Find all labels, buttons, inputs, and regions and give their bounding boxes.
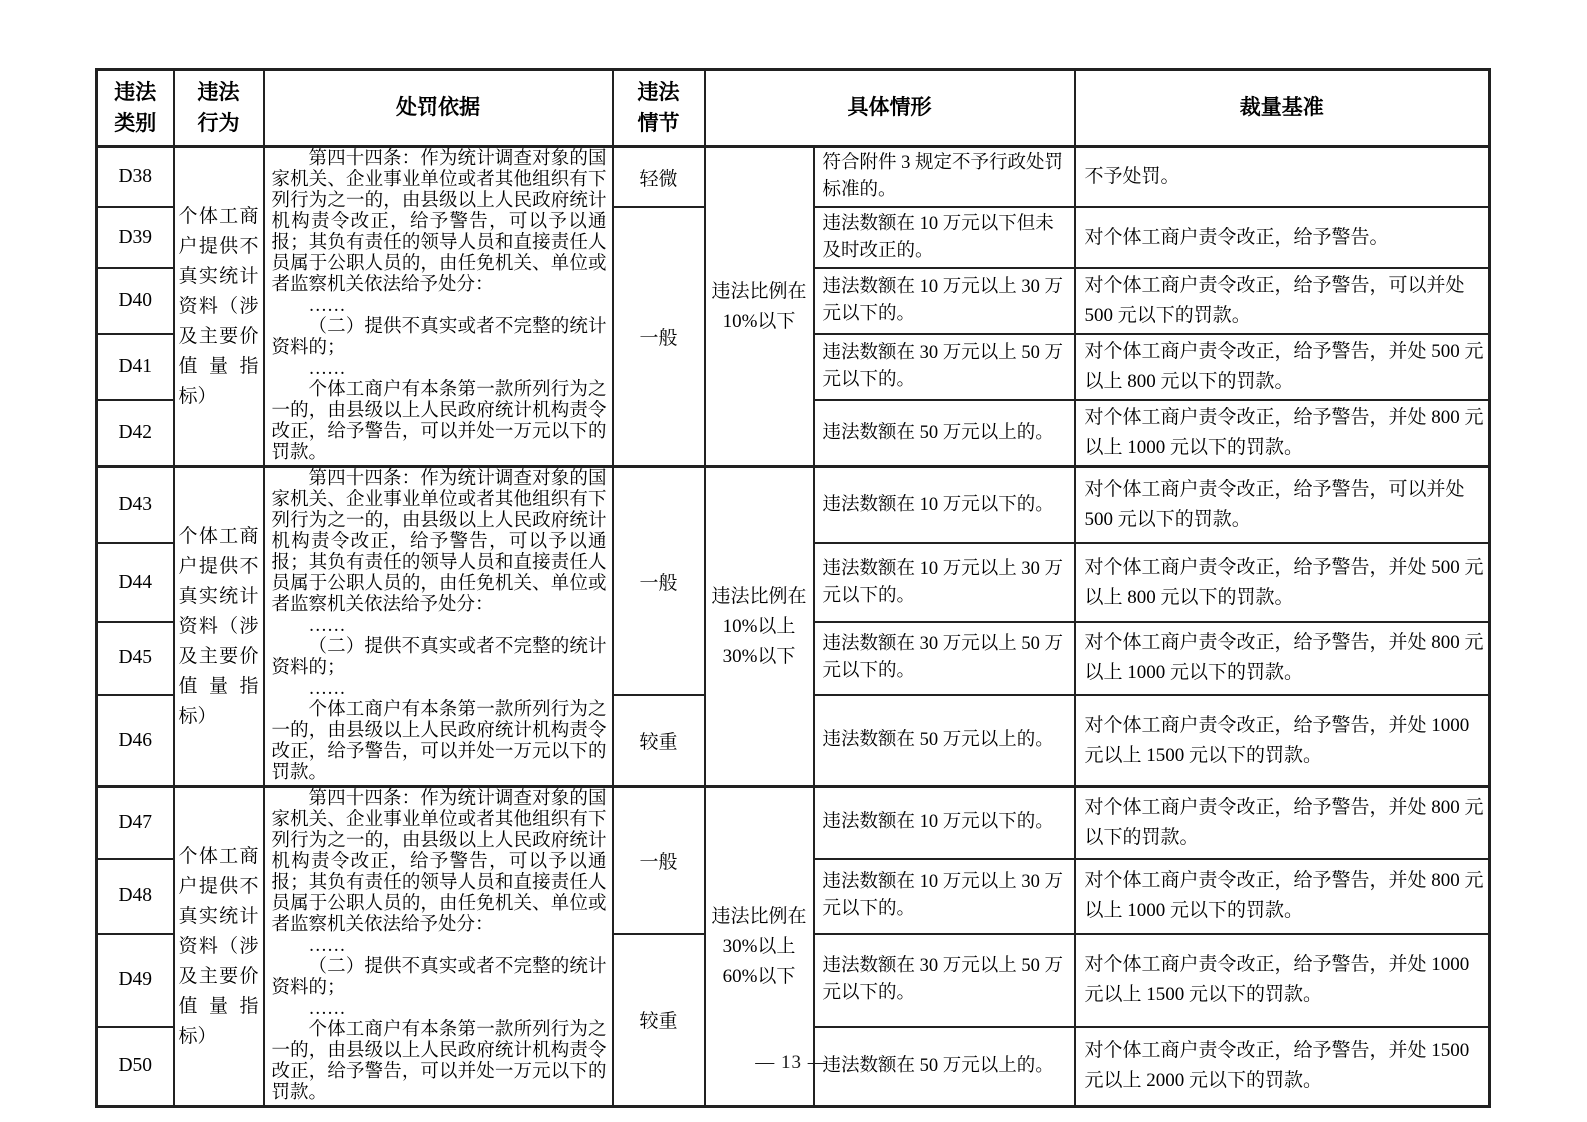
basis-paragraph: …… — [272, 679, 607, 700]
specific-situation-cell: 违法数额在 10 万元以下但未及时改正的。 — [814, 207, 1075, 268]
violation-id-cell: D39 — [97, 207, 174, 268]
specific-situation-cell: 违法数额在 30 万元以上 50 万元以下的。 — [814, 334, 1075, 400]
circumstance-cell: 较重 — [613, 934, 705, 1107]
discretion-standard-cell: 对个体工商户责令改正，给予警告，并处 800 元以下的罚款。 — [1075, 787, 1490, 859]
discretion-standard-cell: 对个体工商户责令改正，给予警告，并处 500 元以上 800 元以下的罚款。 — [1075, 543, 1490, 621]
discretion-standard-cell: 对个体工商户责令改正，给予警告，并处 800 元以上 1000 元以下的罚款。 — [1075, 622, 1490, 696]
violation-id-cell: D43 — [97, 467, 174, 544]
violation-id-cell: D46 — [97, 695, 174, 786]
violation-id-cell: D49 — [97, 934, 174, 1027]
discretion-standard-cell: 对个体工商户责令改正，给予警告，并处 1000 元以上 1500 元以下的罚款。 — [1075, 934, 1490, 1027]
specific-situation-cell: 违法数额在 50 万元以上的。 — [814, 400, 1075, 467]
header-discretion-standard: 裁量基准 — [1075, 70, 1490, 147]
circumstance-cell: 较重 — [613, 695, 705, 786]
basis-paragraph: …… — [272, 936, 607, 957]
violation-id-cell: D45 — [97, 622, 174, 696]
violation-id-cell: D47 — [97, 787, 174, 859]
basis-paragraph: 第四十四条：作为统计调查对象的国家机关、企业事业单位或者其他组织有下列行为之一的… — [272, 789, 607, 936]
violation-id-cell: D48 — [97, 859, 174, 934]
header-specific-situation: 具体情形 — [705, 70, 1075, 147]
header-violation-circumstance: 违法 情节 — [613, 70, 705, 147]
violation-behavior-cell: 个体工商户提供不真实统计资料（涉及主要价值量指标） — [174, 147, 264, 467]
penalty-basis-cell: 第四十四条：作为统计调查对象的国家机关、企业事业单位或者其他组织有下列行为之一的… — [264, 147, 613, 467]
discretion-standard-cell: 对个体工商户责令改正，给予警告，可以并处 500 元以下的罚款。 — [1075, 467, 1490, 544]
specific-situation-cell: 违法数额在 10 万元以下的。 — [814, 467, 1075, 544]
specific-situation-cell: 违法数额在 10 万元以上 30 万元以下的。 — [814, 859, 1075, 934]
specific-situation-cell: 违法数额在 10 万元以上 30 万元以下的。 — [814, 268, 1075, 334]
document-page: 违法 类别 违法 行为 处罚依据 违法 情节 具体情形 裁量基准 D38 个体工… — [0, 0, 1587, 1122]
specific-situation-cell: 违法数额在 30 万元以上 50 万元以下的。 — [814, 934, 1075, 1027]
header-penalty-basis: 处罚依据 — [264, 70, 613, 147]
violation-behavior-cell: 个体工商户提供不真实统计资料（涉及主要价值量指标） — [174, 467, 264, 787]
basis-paragraph: …… — [272, 359, 607, 380]
violation-id-cell: D44 — [97, 543, 174, 621]
specific-situation-cell: 违法数额在 50 万元以上的。 — [814, 695, 1075, 786]
violation-id-cell: D41 — [97, 334, 174, 400]
specific-situation-cell: 违法数额在 30 万元以上 50 万元以下的。 — [814, 622, 1075, 696]
circumstance-cell: 一般 — [613, 207, 705, 467]
violation-id-cell: D42 — [97, 400, 174, 467]
page-number: — 13 — — [95, 1052, 1488, 1074]
basis-paragraph: （二）提供不真实或者不完整的统计资料的； — [272, 637, 607, 679]
basis-paragraph: 第四十四条：作为统计调查对象的国家机关、企业事业单位或者其他组织有下列行为之一的… — [272, 149, 607, 296]
circumstance-cell: 轻微 — [613, 147, 705, 208]
basis-paragraph: （二）提供不真实或者不完整的统计资料的； — [272, 317, 607, 359]
discretion-standard-cell: 不予处罚。 — [1075, 147, 1490, 208]
discretion-standard-cell: 对个体工商户责令改正，给予警告，并处 800 元以上 1000 元以下的罚款。 — [1075, 859, 1490, 934]
discretion-standard-cell: 对个体工商户责令改正，给予警告。 — [1075, 207, 1490, 268]
discretion-standard-cell: 对个体工商户责令改正，给予警告，并处 500 元以上 800 元以下的罚款。 — [1075, 334, 1490, 400]
penalty-basis-cell: 第四十四条：作为统计调查对象的国家机关、企业事业单位或者其他组织有下列行为之一的… — [264, 467, 613, 787]
basis-paragraph: 个体工商户有本条第一款所列行为之一的，由县级以上人民政府统计机构责令改正，给予警… — [272, 700, 607, 784]
specific-situation-cell: 符合附件 3 规定不予行政处罚标准的。 — [814, 147, 1075, 208]
discretion-standard-cell: 对个体工商户责令改正，给予警告，可以并处 500 元以下的罚款。 — [1075, 268, 1490, 334]
basis-paragraph: …… — [272, 999, 607, 1020]
violation-ratio-cell: 违法比例在 10%以上 30%以下 — [705, 467, 814, 787]
specific-situation-cell: 违法数额在 10 万元以上 30 万元以下的。 — [814, 543, 1075, 621]
penalty-standards-table: 违法 类别 违法 行为 处罚依据 违法 情节 具体情形 裁量基准 D38 个体工… — [95, 68, 1491, 1108]
basis-paragraph: （二）提供不真实或者不完整的统计资料的； — [272, 957, 607, 999]
circumstance-cell: 一般 — [613, 787, 705, 934]
circumstance-cell: 一般 — [613, 467, 705, 696]
violation-ratio-cell: 违法比例在 10%以下 — [705, 147, 814, 467]
discretion-standard-cell: 对个体工商户责令改正，给予警告，并处 1000 元以上 1500 元以下的罚款。 — [1075, 695, 1490, 786]
basis-paragraph: 第四十四条：作为统计调查对象的国家机关、企业事业单位或者其他组织有下列行为之一的… — [272, 469, 607, 616]
header-violation-category: 违法 类别 — [97, 70, 174, 147]
basis-paragraph: …… — [272, 296, 607, 317]
basis-paragraph: …… — [272, 616, 607, 637]
violation-id-cell: D40 — [97, 268, 174, 334]
discretion-standard-cell: 对个体工商户责令改正，给予警告，并处 800 元以上 1000 元以下的罚款。 — [1075, 400, 1490, 467]
basis-paragraph: 个体工商户有本条第一款所列行为之一的，由县级以上人民政府统计机构责令改正，给予警… — [272, 380, 607, 464]
specific-situation-cell: 违法数额在 10 万元以下的。 — [814, 787, 1075, 859]
violation-id-cell: D38 — [97, 147, 174, 208]
header-violation-behavior: 违法 行为 — [174, 70, 264, 147]
